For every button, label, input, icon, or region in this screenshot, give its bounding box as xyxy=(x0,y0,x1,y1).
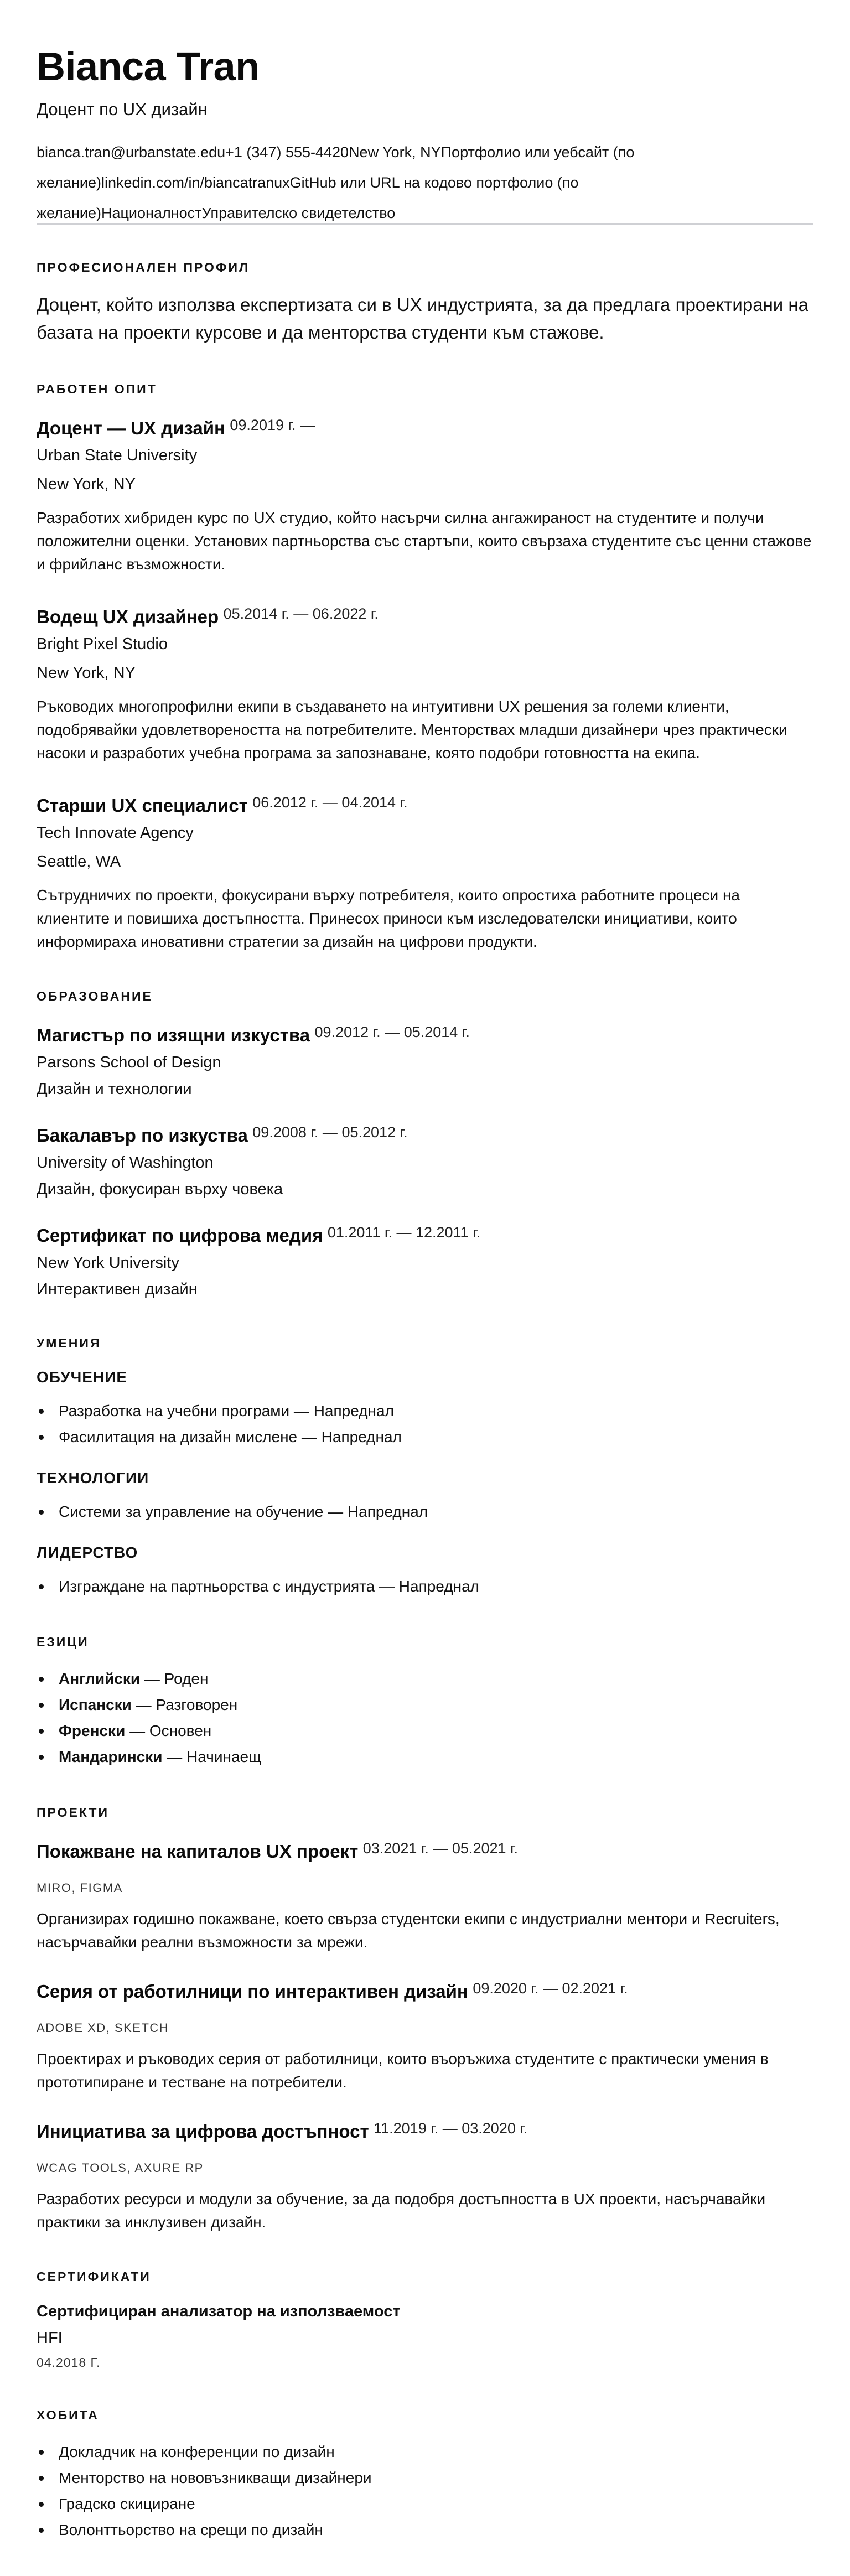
project-description: Организирах годишно покажване, което свъ… xyxy=(37,1908,813,1954)
company-name: Tech Innovate Agency xyxy=(37,822,813,844)
language-level: — Начинаещ xyxy=(163,1748,262,1765)
experience-entry: Водещ UX дизайнер 05.2014 г. — 06.2022 г… xyxy=(37,602,813,765)
degree-title: Бакалавър по изкуства xyxy=(37,1125,248,1146)
section-title: Сертификати xyxy=(37,2268,813,2285)
resume-header: Bianca Tran Доцент по UX дизайн bianca.t… xyxy=(37,43,813,225)
job-description: Ръководих многопрофилни екипи в създаван… xyxy=(37,695,813,765)
project-description: Проектирах и ръководих серия от работилн… xyxy=(37,2048,813,2094)
job-dates: 05.2014 г. — 06.2022 г. xyxy=(224,605,379,622)
contact-license: Управителско свидетелство xyxy=(202,205,396,221)
hobby-item: Докладчик на конференции по дизайн xyxy=(37,2439,813,2465)
skill-group: Лидерство Изграждане на партньорства с и… xyxy=(37,1542,813,1599)
section-hobbies: Хобита Докладчик на конференции по дизай… xyxy=(37,2407,813,2543)
section-profile: Професионален профил Доцент, който изпол… xyxy=(37,259,813,346)
project-dates: 09.2020 г. — 02.2021 г. xyxy=(473,1980,628,1997)
skill-item: Системи за управление на обучение — Напр… xyxy=(37,1499,813,1525)
contact-location: New York, NY xyxy=(349,144,441,160)
education-dates: 09.2012 г. — 05.2014 г. xyxy=(315,1024,470,1040)
skill-group: Технологии Системи за управление на обуч… xyxy=(37,1468,813,1525)
skill-item: Разработка на учебни програми — Напредна… xyxy=(37,1398,813,1424)
education-dates: 09.2008 г. — 05.2012 г. xyxy=(252,1124,407,1141)
skill-group: Обучение Разработка на учебни програми —… xyxy=(37,1367,813,1450)
contact-info: bianca.tran@urbanstate.edu+1 (347) 555-4… xyxy=(37,137,813,229)
contact-phone[interactable]: +1 (347) 555-4420 xyxy=(225,144,349,160)
section-education: Образование Магистър по изящни изкуства … xyxy=(37,988,813,1300)
job-title: Доцент — UX дизайн xyxy=(37,418,225,438)
contact-nationality: Националност xyxy=(101,205,202,221)
section-projects: Проекти Покажване на капиталов UX проект… xyxy=(37,1804,813,2234)
job-location: Seattle, WA xyxy=(37,851,813,873)
contact-email[interactable]: bianca.tran@urbanstate.edu xyxy=(37,144,225,160)
section-title: Образование xyxy=(37,988,813,1004)
language-level: — Разговорен xyxy=(132,1696,237,1713)
language-item: Испански — Разговорен xyxy=(37,1692,813,1718)
project-tools: WCAG Tools, Axure RP xyxy=(37,2160,813,2176)
job-title: Водещ UX дизайнер xyxy=(37,607,219,627)
job-title: Старши UX специалист xyxy=(37,795,248,816)
language-name: Мандарински xyxy=(59,1748,163,1765)
candidate-name: Bianca Tran xyxy=(37,43,813,91)
section-languages: Езици Английски — Роден Испански — Разго… xyxy=(37,1634,813,1770)
project-dates: 03.2021 г. — 05.2021 г. xyxy=(363,1840,518,1857)
job-location: New York, NY xyxy=(37,662,813,684)
experience-entry: Доцент — UX дизайн 09.2019 г. — Urban St… xyxy=(37,413,813,576)
education-entry: Сертификат по цифрова медия 01.2011 г. —… xyxy=(37,1220,813,1300)
language-level: — Роден xyxy=(140,1670,208,1687)
section-title: Професионален профил xyxy=(37,259,813,276)
candidate-headline: Доцент по UX дизайн xyxy=(37,99,813,121)
project-dates: 11.2019 г. — 03.2020 г. xyxy=(374,2120,527,2137)
degree-title: Магистър по изящни изкуства xyxy=(37,1025,310,1045)
hobby-item: Менторство на нововъзникващи дизайнери xyxy=(37,2465,813,2491)
degree-title: Сертификат по цифрова медия xyxy=(37,1225,323,1246)
hobby-item: Волонттьорство на срещи по дизайн xyxy=(37,2517,813,2543)
project-tools: Miro, Figma xyxy=(37,1880,813,1896)
project-description: Разработих ресурси и модули за обучение,… xyxy=(37,2188,813,2234)
experience-entry: Старши UX специалист 06.2012 г. — 04.201… xyxy=(37,790,813,953)
project-tools: Adobe XD, Sketch xyxy=(37,2020,813,2036)
resume-page: Bianca Tran Доцент по UX дизайн bianca.t… xyxy=(0,0,850,2576)
language-item: Мандарински — Начинаещ xyxy=(37,1744,813,1770)
skill-item: Фасилитация на дизайн мислене — Напредна… xyxy=(37,1424,813,1450)
job-dates: 06.2012 г. — 04.2014 г. xyxy=(252,794,407,811)
skill-group-title: Лидерство xyxy=(37,1542,813,1563)
education-entry: Магистър по изящни изкуства 09.2012 г. —… xyxy=(37,1020,813,1100)
project-entry: Серия от работилници по интерактивен диз… xyxy=(37,1976,813,2094)
language-name: Английски xyxy=(59,1670,140,1687)
study-field: Интерактивен дизайн xyxy=(37,1278,813,1300)
section-title: Хобита xyxy=(37,2407,813,2423)
profile-summary: Доцент, който използва експертизата си в… xyxy=(37,291,813,346)
language-name: Френски xyxy=(59,1722,125,1739)
job-dates: 09.2019 г. — xyxy=(230,417,315,433)
language-name: Испански xyxy=(59,1696,132,1713)
project-name: Инициатива за цифрова достъпност xyxy=(37,2121,369,2142)
job-location: New York, NY xyxy=(37,473,813,495)
section-certifications: Сертификати Сертифициран анализатор на и… xyxy=(37,2268,813,2372)
project-entry: Покажване на капиталов UX проект 03.2021… xyxy=(37,1836,813,1954)
company-name: Bright Pixel Studio xyxy=(37,633,813,655)
school-name: New York University xyxy=(37,1252,813,1274)
skill-item: Изграждане на партньорства с индустрията… xyxy=(37,1573,813,1599)
section-title: Проекти xyxy=(37,1804,813,1821)
skill-group-title: Технологии xyxy=(37,1468,813,1489)
section-title: Работен опит xyxy=(37,381,813,397)
certification-issuer: HFI xyxy=(37,2327,813,2349)
section-skills: Умения Обучение Разработка на учебни про… xyxy=(37,1335,813,1599)
project-name: Покажване на капиталов UX проект xyxy=(37,1841,358,1862)
language-item: Английски — Роден xyxy=(37,1666,813,1692)
contact-linkedin[interactable]: linkedin.com/in/biancatranux xyxy=(101,174,290,191)
skill-group-title: Обучение xyxy=(37,1367,813,1388)
project-entry: Инициатива за цифрова достъпност 11.2019… xyxy=(37,2116,813,2234)
certification-date: 04.2018 г. xyxy=(37,2352,813,2372)
language-level: — Основен xyxy=(125,1722,211,1739)
school-name: University of Washington xyxy=(37,1152,813,1174)
study-field: Дизайн и технологии xyxy=(37,1078,813,1100)
section-title: Умения xyxy=(37,1335,813,1351)
job-description: Сътрудничих по проекти, фокусирани върху… xyxy=(37,884,813,953)
education-dates: 01.2011 г. — 12.2011 г. xyxy=(328,1224,480,1241)
certification-entry: Сертифициран анализатор на използваемост… xyxy=(37,2300,813,2372)
project-name: Серия от работилници по интерактивен диз… xyxy=(37,1981,468,2002)
school-name: Parsons School of Design xyxy=(37,1051,813,1074)
job-description: Разработих хибриден курс по UX студио, к… xyxy=(37,506,813,576)
language-item: Френски — Основен xyxy=(37,1718,813,1744)
company-name: Urban State University xyxy=(37,444,813,467)
section-title: Езици xyxy=(37,1634,813,1650)
hobby-item: Градско скициране xyxy=(37,2491,813,2517)
education-entry: Бакалавър по изкуства 09.2008 г. — 05.20… xyxy=(37,1120,813,1200)
study-field: Дизайн, фокусиран върху човека xyxy=(37,1178,813,1200)
certification-name: Сертифициран анализатор на използваемост xyxy=(37,2300,813,2323)
section-experience: Работен опит Доцент — UX дизайн 09.2019 … xyxy=(37,381,813,953)
